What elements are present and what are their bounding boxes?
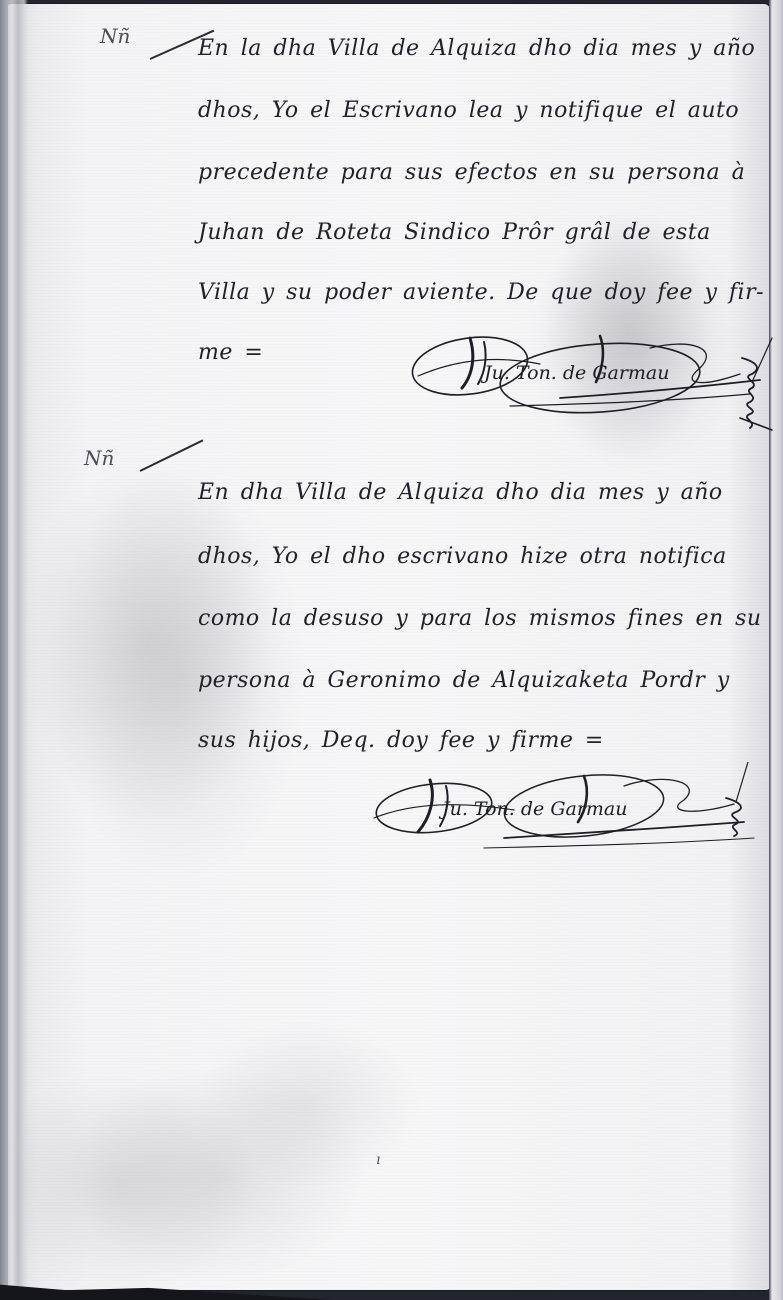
text-line: Villa y su poder aviente. De que doy fee… — [198, 280, 764, 305]
text-line: dhos, Yo el Escrivano lea y notifique el… — [198, 98, 739, 123]
margin-note-text: Nñ — [84, 446, 114, 470]
page-right-edge — [769, 0, 783, 1300]
text-line: sus hijos, Deq. doy fee y firme = — [198, 728, 604, 753]
text-line: precedente para sus efectos en su person… — [198, 160, 745, 185]
margin-note-text: Nñ — [100, 24, 130, 48]
text-line: me = — [198, 340, 263, 365]
text-line: como la desuso y para los mismos fines e… — [198, 606, 762, 631]
text-line: En dha Villa de Alquiza dho dia mes y añ… — [198, 480, 723, 505]
page-binding-edge — [0, 0, 28, 1300]
signature-name: Ju. Ton. de Garmau — [442, 798, 628, 820]
water-stain — [68, 1064, 368, 1284]
stray-ink-mark: ı — [376, 1152, 380, 1168]
text-line: dhos, Yo el dho escrivano hize otra noti… — [198, 544, 727, 569]
text-line: persona à Geronimo de Alquizaketa Pordr … — [198, 668, 730, 693]
signature-rubric: Ju. Ton. de Garmau — [364, 762, 764, 862]
manuscript-page — [8, 4, 770, 1290]
text-line: Juhan de Roteta Sindico Prôr grâl de est… — [198, 220, 711, 245]
text-line: En la dha Villa de Alquiza dho dia mes y… — [198, 36, 755, 61]
signature-name: Ju. Ton. de Garmau — [484, 362, 670, 384]
margin-note: Nñ — [84, 446, 114, 470]
scanned-manuscript: Nñ En la dha Villa de Alquiza dho dia me… — [0, 0, 783, 1300]
signature-rubric: Ju. Ton. de Garmau — [400, 318, 780, 438]
margin-note: Nñ — [100, 24, 130, 48]
